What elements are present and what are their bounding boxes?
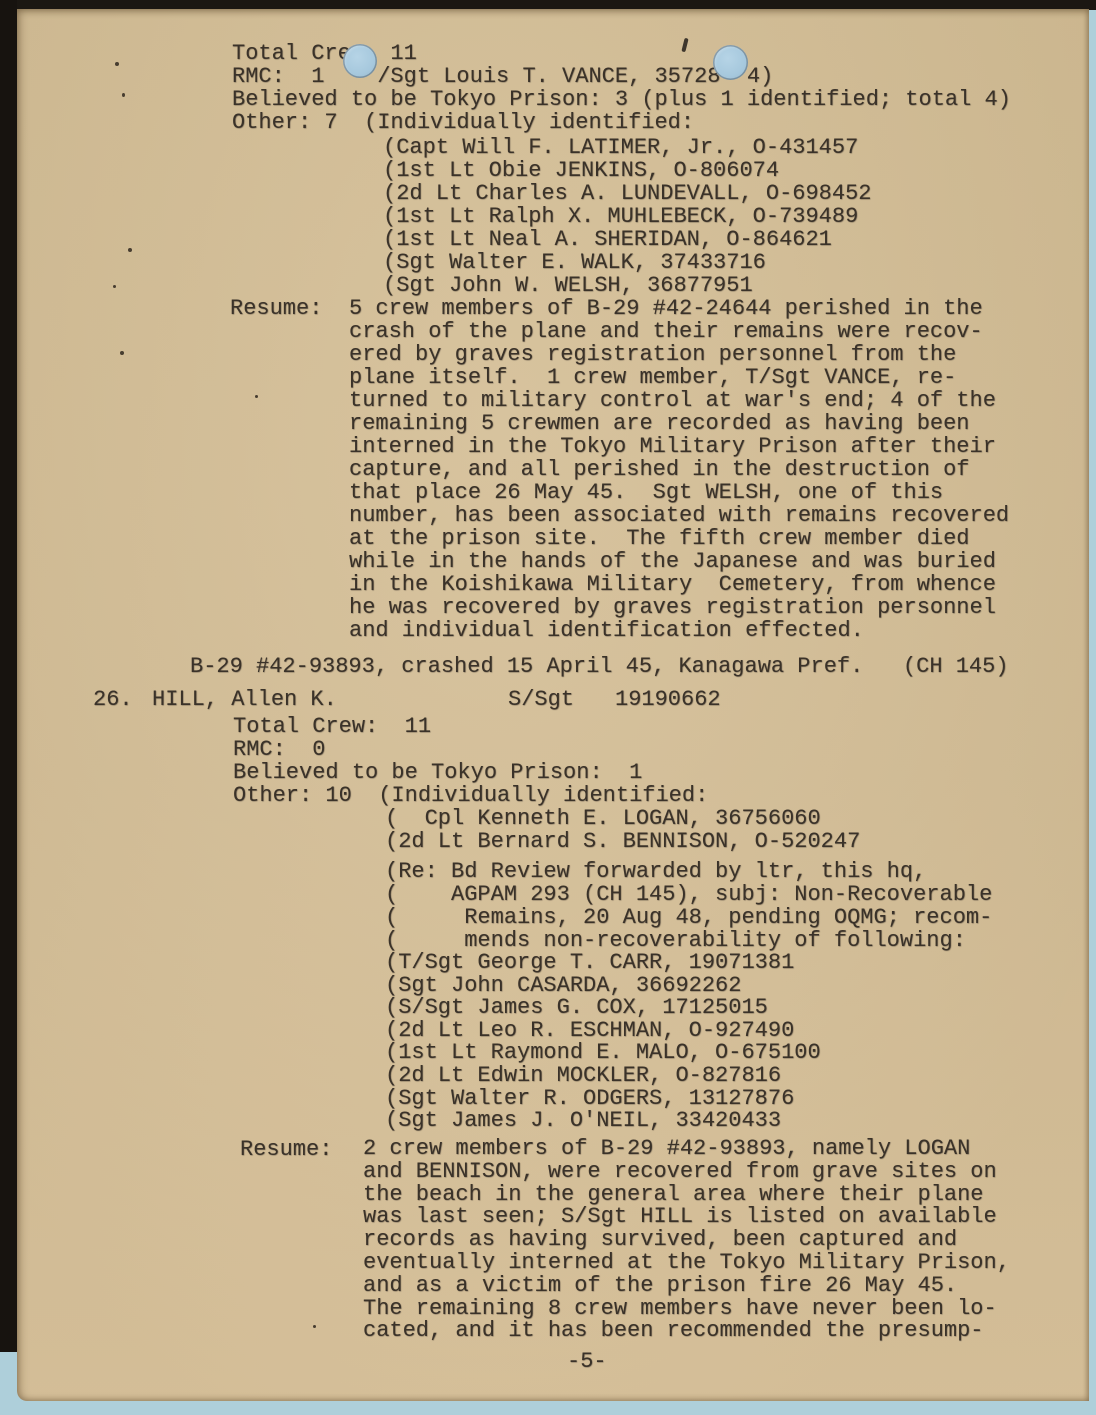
hole-punch-right xyxy=(713,45,748,80)
typed-line: (1st Lt Neal A. SHERIDAN, O-864621 xyxy=(383,228,871,251)
typed-line: ( AGPAM 293 (CH 145), subj: Non-Recovera… xyxy=(385,883,992,906)
typed-line: turned to military control at war's end;… xyxy=(349,389,1009,412)
entry-25-resume-label: Resume: xyxy=(230,297,322,320)
typed-line: cated, and it has been recommended the p… xyxy=(363,1320,1010,1343)
typed-line: Other: 7 (Individually identified: xyxy=(232,111,1011,134)
ink-speckle xyxy=(122,93,125,97)
ink-speckle xyxy=(120,351,124,355)
typed-line: The remaining 8 crew members have never … xyxy=(363,1298,1010,1321)
entry-25-crew-list: (Capt Will F. LATIMER, Jr., O-431457(1st… xyxy=(383,136,871,297)
typed-line: (S/Sgt James G. COX, 17125015 xyxy=(385,997,821,1020)
ink-speckle xyxy=(313,1325,316,1328)
typed-line: (1st Lt Obie JENKINS, O-806074 xyxy=(383,159,871,182)
typed-line: Other: 10 (Individually identified: xyxy=(233,784,708,807)
typed-line: Believed to be Tokyo Prison: 3 (plus 1 i… xyxy=(232,88,1011,111)
typed-line: in the Koishikawa Military Cemetery, fro… xyxy=(349,573,1009,596)
typed-line: he was recovered by graves registration … xyxy=(349,596,1009,619)
page-number-text: -5- xyxy=(567,1349,607,1374)
typed-line: crash of the plane and their remains wer… xyxy=(349,320,1009,343)
typed-line: and as a victim of the prison fire 26 Ma… xyxy=(363,1275,1010,1298)
typed-line: records as having survived, been capture… xyxy=(363,1229,1010,1252)
typed-line: (Re: Bd Review forwarded by ltr, this hq… xyxy=(385,860,992,883)
typed-line: while in the hands of the Japanese and w… xyxy=(349,550,1009,573)
typed-line: interned in the Tokyo Military Prison af… xyxy=(349,435,1009,458)
typed-line: RMC: 0 xyxy=(233,738,708,761)
typed-line: (Sgt John W. WELSH, 36877951 xyxy=(383,274,871,297)
typed-line: 5 crew members of B-29 #42-24644 perishe… xyxy=(349,297,1009,320)
resume-label: Resume: xyxy=(240,1137,332,1162)
typed-line: at the prison site. The fifth crew membe… xyxy=(349,527,1009,550)
typed-line: (Capt Will F. LATIMER, Jr., O-431457 xyxy=(383,136,871,159)
typed-line: plane itself. 1 crew member, T/Sgt VANCE… xyxy=(349,366,1009,389)
board-review-note: (Re: Bd Review forwarded by ltr, this hq… xyxy=(385,860,992,952)
typed-line: (Sgt John CASARDA, 36692262 xyxy=(385,975,821,998)
aircraft-header-text: B-29 #42-93893, crashed 15 April 45, Kan… xyxy=(190,654,1009,679)
typed-line: (2d Lt Edwin MOCKLER, O-827816 xyxy=(385,1065,821,1088)
entry-number: 26. xyxy=(93,688,133,711)
typed-line: (1st Lt Raymond E. MALO, O-675100 xyxy=(385,1042,821,1065)
typed-line: (1st Lt Ralph X. MUHLEBECK, O-739489 xyxy=(383,205,871,228)
typed-line: 2 crew members of B-29 #42-93893, namely… xyxy=(363,1138,1010,1161)
typed-line: (Sgt Walter R. ODGERS, 13127876 xyxy=(385,1088,821,1111)
entry-26-heading: 26. HILL, Allen K. S/Sgt 19190662 xyxy=(17,688,1089,711)
typed-line: was last seen; S/Sgt HILL is listed on a… xyxy=(363,1206,1010,1229)
typed-line: that place 26 May 45. Sgt WELSH, one of … xyxy=(349,481,1009,504)
entry-25-resume-paragraph: 5 crew members of B-29 #42-24644 perishe… xyxy=(349,297,1009,642)
entry-26-stats: Total Crew: 11RMC: 0Believed to be Tokyo… xyxy=(233,715,708,807)
hole-punch-left xyxy=(343,44,377,78)
entry-26-resume-label: Resume: xyxy=(240,1138,332,1161)
entry-26-identified-crew: ( Cpl Kenneth E. LOGAN, 36756060(2d Lt B… xyxy=(385,807,860,853)
service-number: 19190662 xyxy=(615,688,721,711)
ink-speckle xyxy=(255,395,258,398)
typed-line: the beach in the general area where thei… xyxy=(363,1184,1010,1207)
ink-speckle xyxy=(113,285,116,288)
document-scan: Total Cre 11RMC: 1 /Sgt Louis T. VANCE, … xyxy=(0,0,1096,1415)
ink-speckle xyxy=(115,62,119,66)
typed-line: (2d Lt Leo R. ESCHMAN, O-927490 xyxy=(385,1020,821,1043)
entry-26-non-recoverable-crew: (T/Sgt George T. CARR, 19071381(Sgt John… xyxy=(385,952,821,1133)
typed-line: ered by graves registration personnel fr… xyxy=(349,343,1009,366)
service-member-name: HILL, Allen K. xyxy=(152,688,337,711)
scan-border-left xyxy=(0,0,17,1352)
page-number: -5- xyxy=(567,1350,607,1373)
aircraft-header: B-29 #42-93893, crashed 15 April 45, Kan… xyxy=(190,655,1009,678)
resume-label: Resume: xyxy=(230,296,322,321)
typed-line: eventually interned at the Tokyo Militar… xyxy=(363,1252,1010,1275)
typed-line: (T/Sgt George T. CARR, 19071381 xyxy=(385,952,821,975)
typed-line: (2d Lt Charles A. LUNDEVALL, O-698452 xyxy=(383,182,871,205)
typed-line: ( Cpl Kenneth E. LOGAN, 36756060 xyxy=(385,807,860,830)
typed-line: Total Crew: 11 xyxy=(233,715,708,738)
typed-line: ( mends non-recoverability of following: xyxy=(385,929,992,952)
paper: Total Cre 11RMC: 1 /Sgt Louis T. VANCE, … xyxy=(17,9,1089,1401)
typed-line: and BENNISON, were recovered from grave … xyxy=(363,1161,1010,1184)
typed-line: and individual identification effected. xyxy=(349,619,1009,642)
typed-line: ( Remains, 20 Aug 48, pending OQMG; reco… xyxy=(385,906,992,929)
typed-line: Believed to be Tokyo Prison: 1 xyxy=(233,761,708,784)
entry-26-resume-paragraph: 2 crew members of B-29 #42-93893, namely… xyxy=(363,1138,1010,1343)
rank: S/Sgt xyxy=(508,688,574,711)
typed-line: capture, and all perished in the destruc… xyxy=(349,458,1009,481)
typed-line: remaining 5 crewmen are recorded as havi… xyxy=(349,412,1009,435)
typed-line: number, has been associated with remains… xyxy=(349,504,1009,527)
typed-line: (2d Lt Bernard S. BENNISON, O-520247 xyxy=(385,830,860,853)
typed-line: (Sgt Walter E. WALK, 37433716 xyxy=(383,251,871,274)
typed-line: (Sgt James J. O'NEIL, 33420433 xyxy=(385,1110,821,1133)
ink-speckle xyxy=(128,248,132,252)
